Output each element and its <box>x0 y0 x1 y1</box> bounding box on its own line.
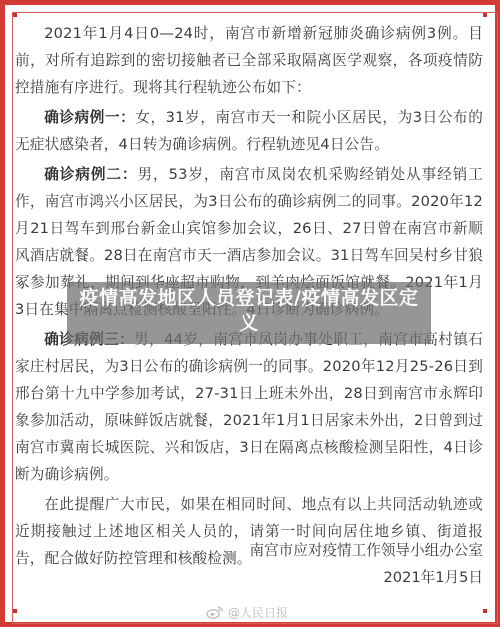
corner-ornament <box>483 13 487 17</box>
paragraph-text: 2021年1月4日0—24时，南宫市新增新冠肺炎确诊病例3例。目前，对所有追踪到… <box>15 25 483 96</box>
intro-paragraph: 2021年1月4日0—24时，南宫市新增新冠肺炎确诊病例3例。目前，对所有追踪到… <box>15 20 483 101</box>
paragraph-text: 男，44岁，南宫市凤岗办事处职工，南宫市高村镇石家庄村居民，为3日公布的确诊病例… <box>15 331 483 483</box>
case-three-paragraph: 确诊病例三：男，44岁，南宫市凤岗办事处职工，南宫市高村镇石家庄村居民，为3日公… <box>15 326 483 488</box>
title-overlay: 疫情高发地区人员登记表/疫情高发区定义 <box>67 282 431 344</box>
case-label: 确诊病例二： <box>44 166 137 183</box>
issue-date: 2021年1月5日 <box>249 564 483 591</box>
case-label: 确诊病例一： <box>44 109 135 126</box>
issuing-organization: 南宫市应对疫情工作领导小组办公室 <box>249 537 483 564</box>
corner-ornament <box>13 609 17 613</box>
case-one-paragraph: 确诊病例一：女，31岁，南宫市天一和院小区居民，为3日公布的无症状感染者，4日转… <box>15 104 483 158</box>
corner-ornament <box>13 13 17 17</box>
corner-ornament <box>483 609 487 613</box>
watermark-text: @人民日报 <box>228 604 288 621</box>
watermark: @人民日报 <box>206 604 288 620</box>
signature-block: 南宫市应对疫情工作领导小组办公室 2021年1月5日 <box>249 537 483 591</box>
weibo-icon <box>206 605 224 619</box>
overlay-title: 疫情高发地区人员登记表/疫情高发区定义 <box>80 287 419 334</box>
